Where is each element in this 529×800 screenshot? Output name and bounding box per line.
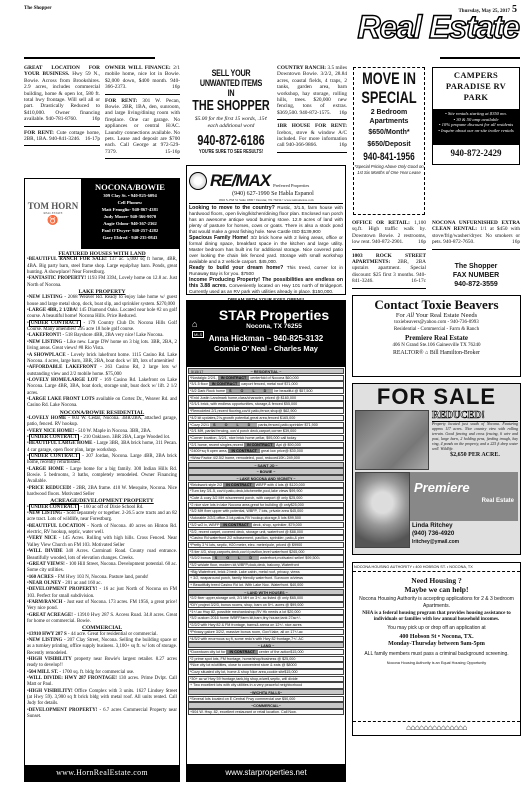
divider [24,57,155,59]
listing-row: *3/2 custom 2016 home WBFP,farm kit,barn… [188,615,344,621]
listing-row: *Turn key 3/1.5, cov'd patio,deck,kitche… [188,488,344,494]
toxie-types: Residential - Commercial - Farm & Ranch [353,327,520,334]
listing-row: *4/2 kit updates,2 lv,growth potential,g… [188,415,344,421]
row-text: Apt @ $90,000 [275,443,300,447]
movein-deposit: $650/Deposit [354,141,424,150]
tagline-pre: For [396,312,407,319]
listing-body: - 160 ac off of Dixie School Rd. [79,505,143,510]
property-price: $2,650 PER ACRE. [432,452,518,458]
sold-badge: S O L D [210,423,257,427]
nha-p5: Nocona Housing Authority is an Equal Hou… [353,661,520,665]
listing: •UNDER CONTRACT - 179 Country Club Dr. N… [27,321,177,334]
campers-paradise-ad: CAMPERS PARADISE RV PARK • Site rentals … [432,67,520,165]
property-description: Property located just south of Nocona. F… [432,422,518,451]
classified-code: 16p [418,239,426,245]
listing-row: +Big Waterfront, brick 2 bedr. Lake cabi… [188,569,344,575]
row-text: *2/2, recent carpet, covered deck, stora… [190,530,303,534]
nha-address: 400 Hobson St • Nocona, TX. [353,634,520,642]
listing: •DEVELOPMENT PROPERTY! - 6.7 acres Comme… [27,708,177,721]
row-text: *3 tier 4/3, shop,carports,deck,cov'd pa… [190,550,304,554]
listing-title: BEAUTIFUL RANCH FOR SALE! [29,257,107,262]
star-title: STAR Properties [187,301,345,323]
premiere-logo-sub: Real Estate [482,498,514,504]
star-name: STAR Properties [219,307,329,323]
classified-title: FOR RENT: [105,98,142,104]
listing-title: BEAUTIFUL LARGE HOME [29,441,93,446]
listing-row: *3/2 MH fixer upper with potential, WBFP… [188,508,344,514]
in-contract-badge: IN CONTRACT [218,376,249,380]
listing: •GREAT VIEWS! - 100 Hill Street, Nocona.… [27,562,177,575]
tom-horn-ad: TOM HORNREAL ESTATE♉ NOCONA/BOWIE 309 Cl… [24,178,180,782]
listing-row: *3/1.5 floor IN CONTRACT carport fenced,… [188,381,344,387]
agent-phone: Paul O'Dwyer- 940-257-4282 [81,227,179,234]
listing-row: *Pretty 3 ½ lots, septic, H20 meter, ele… [188,542,344,548]
mls-icon: MLS [192,331,204,338]
classifieds-column-3a: OFFICE OR RETAIL: 1,100 sq.ft. High traf… [352,220,426,292]
row-text: waterfront,motivated seller! $99,500↓ [259,556,321,560]
nha-title1: Need Housing ? [353,576,520,585]
row-text: *Turn key 3/1.5, cov'd patio,deck,kitche… [190,489,303,493]
campers-bullet: • Site rentals starting at $350 mo. [436,111,516,117]
divider [277,119,347,120]
listing-title: UNDER CONTRACT [29,504,80,511]
listing-body: - 201 ac and 160 ac. [61,581,102,586]
nha-p2: NHA is a federal housing program that pr… [353,611,520,623]
listing-row: +504 W. Hwy. 82, excellent restaurant or… [188,709,344,715]
listing-row: *2/1 home, recent singles,recent IN CONT… [188,442,344,448]
in-contract-badge: IN CONTRACT [220,523,251,527]
agent-email: lritchey@ymail.com [412,539,516,545]
remax-ad: RE/MAX Preferred Properties (940) 627-19… [186,165,346,295]
row-text: *3/2 MH fixer upper with potential, WBFP… [190,509,303,513]
publication-name: The Shopper [24,6,52,11]
listing: •PRICE REDUCED! - 2BR, 2BA frame. 410 W.… [27,486,177,499]
fax-line2: FAX NUMBER [432,271,520,280]
listing-row: *Nostalgic 2/2/1, IN CONTRACT centerfold… [188,375,344,381]
listing-title: NEW LISTING [29,340,63,345]
listing-row: *3/2 w/slate floor, modern kit,WBFP,dock… [188,562,344,568]
nha-hours: Monday-Thursday between 9am-5pm [353,641,520,649]
listing: •HIGH VISIBILITY property near Bowie's l… [27,657,177,670]
listing: •FANTASTIC PROPERTY! 1193 FM 3394, Lovel… [27,276,177,289]
tagline-post: Your Real Estate Needs [414,312,477,319]
nha-header: NOCONA HOUSING AUTHORITY • 400 HOBSON ST… [353,563,520,572]
tom-horn-contacts: NOCONA/BOWIE 309 Clay St. • 940-825-6094… [81,179,179,249]
sell-price: $5.00 for the first 15 words, .15¢ each … [190,116,272,130]
tom-horn-website-link[interactable]: www.HornRealEstate.com [25,765,179,781]
listing-row: *Cute & cozy 3/2 MH w/screened porch, wi… [188,495,344,501]
sold-badge: S O L D [212,556,259,560]
listing: •WILL DIVIDE 340 Acres. Carminati Road. … [27,549,177,562]
listing-row: + 3/2, wraparound porch, family friendly… [188,575,344,581]
classified-code: 16p [92,116,100,122]
listing-row: *Remodeled 2/1,recent flooring,cov'd pat… [188,408,344,414]
reduced-label: REDUCED! [432,410,518,422]
sell-phone: 940-872-6186 [191,132,270,149]
campers-bullets: • Site rentals starting at $350 mo.• 30 … [433,109,519,145]
campers-phone: 940-872-2429 [433,145,519,161]
classified-title: FOR RENT: [24,130,56,136]
row-text: *2 prime spot lots, FM frontage, home/sh… [190,657,295,661]
row-text: *3/2 w/slate floor, modern kit,WBFP,dock… [190,563,299,567]
listing-title: DEVELOPMENT PROPERTY! [29,708,98,713]
star-agent2: Connie O' Neal - Charles May [187,344,345,353]
listing-row: *2 nice size lots in lake Nocona area,gr… [188,502,344,508]
row-text: parks,fenced,patio,sprinkler $71,900 [257,423,317,427]
listing-row: *Several lots located on E Central Frwy … [188,696,344,702]
listing: •BEAUTIFUL RANCH FOR SALE! 137 ac. 5,000… [27,257,177,276]
classified-code: 16-17c [411,278,426,284]
row-text: deck, shop, sprinkler, $79,000 [252,523,302,527]
classified-code: 15-16p [165,149,180,155]
longhorn-icon: ♉ [28,215,79,226]
row-text: carport fenced, metal roof $71,000 [240,382,297,386]
star-properties-ad: ⌂ MLS STAR Properties Nocona, TX 76255 A… [186,300,346,782]
movein-note: *Special Pricing Above Only Good on 1st … [354,164,424,175]
agent-phone: Matt Fenoglio- 940-867-4381 [81,206,179,213]
listing: •NEW LISTING - Sold separately or togeth… [27,511,177,524]
movein-line3: 2 Bedroom Apartments [354,109,424,126]
listing: •LARGE HOME - Large home for a big famil… [27,467,177,486]
agent-phone: Gary Eldred - 940-235-0843 [81,234,179,241]
row-text: *3/2 w/2 lv, WBFP [190,523,220,527]
fax-number-ad: The Shopper FAX NUMBER 940-872-3559 [432,262,520,289]
listing: •GREAT ACREAGE! - 13910 Hwy 287 S. Acces… [27,613,177,626]
listing-title: LARGE HOME [29,467,64,472]
listing-title: BEAUTIFUL LOCATION [29,524,86,529]
nha-p4: ALL family members must pass a criminal … [353,651,520,658]
row-text: *2/1 home, recent singles,recent [190,443,244,447]
row-text: + Two excellent lots with city utilities… [190,683,302,687]
row-text: *3/1.5 floor [190,382,209,386]
row-text: *Cozy 2/2/1 [190,423,210,427]
section-heading: ~WICHITA FALLS~ [188,689,344,695]
divider [352,249,426,250]
listing-title: PRICE REDUCED! [29,486,72,491]
listing-title: LARGE LAKE FRONT LOTS [29,397,95,402]
cell-label: Cell Phones: [81,199,179,206]
listing-title: NEW LISTING [29,295,63,300]
move-in-special-ad: MOVE IN SPECIAL 2 Bedroom Apartments $65… [353,67,425,215]
listing-row: *Downtown city lot for IN CONTRACT cente… [188,649,344,655]
classified-code: 16p [512,239,520,245]
classified-title: 1BR HOUSE FOR RENT: [277,123,347,129]
listing-title: DEVELOPMENT PROPERTY! [29,587,98,592]
listing-title: VERY NICE [29,536,57,541]
sell-line2: UNWANTED ITEMS IN [198,78,264,98]
classified-ad: 1003 ROCK STREET APARTMENTS: 2BR, 2BA up… [352,253,426,285]
agent-phone: Angie Odom- 940-367-2362 [81,220,179,227]
listing-title: FANTASTIC PROPERTY! [29,276,86,281]
movein-rent: $650/Month* [354,129,424,138]
listing: •LARGE LAKE FRONT LOTS available on Cort… [27,397,177,410]
in-contract-badge: IN CONTRACT [209,382,240,386]
row-text: *Privacy galore 3/2/2, massive bonus roo… [190,630,303,634]
remax-listing: Spacious Family Home! 3/2 brick home wit… [189,235,343,265]
listing-row: *Cozy 2/2/1 S O L D parks,fenced,patio,s… [188,422,344,428]
divider [105,94,180,95]
row-text: *4/3/2 with enormous sq ft, some redo's … [190,637,304,641]
listing-row: *Corner location, 3/2/1, nice brick home… [188,435,344,441]
listing-title: UNDER CONTRACT [29,453,80,460]
row-text: *2 nice size lots in lake Nocona area,gr… [190,503,304,507]
listing-row: *Enid Justin Landmark home,class/charact… [188,395,344,401]
listing: •WILL DIVIDE: HWY 287 FRONTAGE! 130 acre… [27,676,177,689]
listing-title: UNDER CONTRACT [29,434,80,441]
row-text: + 3/2, wraparound porch, family friendly… [190,576,303,580]
listing-title: HIGH VISIBILITY [29,657,72,662]
star-website-link[interactable]: www.starproperties.net [187,764,345,781]
classified-title: OWNER WILL FINANCE: [105,65,173,71]
classifieds-column-1b: OWNER WILL FINANCE: 2/1 mobile home, nic… [105,65,180,162]
listing-title: WILL DIVIDE: HWY 287 FRONTAGE! [29,676,117,681]
listing: •VERY NICE - 145 Acres. Rolling with hig… [27,536,177,549]
row-text: be beautiful @ $57,500 [273,389,312,393]
row-text: *2400+sq ft open area, [190,449,228,453]
row-text: *Cozy situated city lot, home & shop Nic… [190,670,298,674]
nocona-housing-ad: NOCONA HOUSING AUTHORITY • 400 HOBSON ST… [352,562,521,736]
toxie-title: Contact Toxie Beavers [353,297,520,312]
classified-ad: OWNER WILL FINANCE: 2/1 mobile home, nic… [105,65,180,91]
agent-phone: Judy Moore- 940-366-9070 [81,213,179,220]
listing-row: *2400+sq ft open area, IN CONTRACT great… [188,448,344,454]
listing-row: *30+ ac w/ Hwy 59 frontage,tank,big shop… [188,676,344,682]
tom-horn-listings: FEATURED HOUSES WITH LAND•BEAUTIFUL RANC… [25,249,179,722]
fax-line1: The Shopper [432,262,520,271]
listing: •NEW LISTING - 207 Clay Street, Nocona. … [27,638,177,657]
row-text: *Casino Rd waterfront 2/2 w/basement, pa… [190,536,304,540]
in-contract-badge: IN CONTRACT [228,449,259,453]
classifieds-column-2: COUNTRY RANCH: 3.5 miles Downtown Bowie.… [277,65,347,156]
listing-row: *3/2/2 bonus S O L D waterfront,motivate… [188,555,344,561]
row-text: *4/2 kit updates,2 lv,growth potential,g… [190,416,295,420]
listing-body: - 510 W. Maple in Nocona. 3BR, 2BA. [74,429,151,434]
classified-body: Hwy 59 N., Bowie. Across from Brookshire… [24,71,100,122]
logo-text: TOM HORN [28,202,79,211]
balloon-icon [189,172,207,190]
toxie-broker: REALTOR® ⌂ Bill Hamilton-Broker [353,350,520,357]
remax-listing: Income Producing Property! The possibili… [189,277,343,295]
row-text: *Several lots located on E Central Frwy … [190,697,295,701]
row-text: WBFP with 4 lots @ $120,000 [255,483,305,487]
listing-row: *2/2, recent carpet, covered deck, stora… [188,529,344,535]
listing-title: LOVELY HOME [29,416,67,421]
row-text: +Big Waterfront, brick 2 bedr. Lake cabi… [190,570,300,574]
listing: •AFFORDABLE LAKEFRONT - 263 Casino Rd, 2… [27,365,177,378]
sell-line3: THE SHOPPER [191,98,270,114]
row-text: *Corner location, 3/2/1, nice brick home… [190,436,296,440]
listing: •LOVELY HOME/LARGE LOT - 169 Casino Rd. … [27,378,177,397]
listing-body: - 518 Bayshore 4BR, 2BA very nice! Lake … [61,333,163,338]
sold-badge: S O L D [226,389,273,393]
row-text: *3/2/2 bonus [190,556,212,560]
classified-body: Icebox, stove & window A/C included. For… [277,130,347,149]
divider [105,158,180,159]
row-text: *2/2/2 with Hwy 82 & FM frontage, barns&… [190,623,302,627]
office-name: NOCONA/BOWIE [81,182,179,192]
campers-title: CAMPERS PARADISE RV PARK [433,68,519,109]
listing: •HIGH VISIBILITY! Office Complex with 3 … [27,689,177,708]
classified-code: 16p [339,142,347,148]
listing-title: WILL DIVIDE [29,549,63,554]
classified-body: 3.5 miles Downtown Bowie. 3/2/2, 28.84 a… [277,65,347,116]
remax-listing: Ready to build your dream home? This tre… [189,265,343,277]
listing-title: HIGH VISIBILITY! [29,689,73,694]
section-heading: ~ LAND WITH HOUSES ~ [188,589,344,595]
listing-row: + Two excellent lots with city utilities… [188,682,344,688]
listing-body: - 44 acre. Great for residential or comm… [67,632,158,637]
listing-row: *4/3/2 with enormous sq ft, some redo's … [188,636,344,642]
listing-title: UNDER CONTRACT [29,320,81,327]
classified-ad: FOR RENT: 301 W. Pecan, Bowie. 2BR, 1BA,… [105,98,180,156]
listing-row: *1+/-ac Hwy 82, possible mechanicshop,RV… [188,609,344,615]
row-text: +Wow Factor 4/2.5/2 home, remodeled, poo… [190,456,300,460]
section-heading: ~ RESIDENTIAL ~5/15/17 [188,368,344,374]
in-contract-badge: IN CONTRACT [226,650,257,654]
nha-p3: You may pick up or drop off an applicati… [353,625,520,632]
listing-row: *Privacy galore 3/2/2, massive bonus roo… [188,629,344,635]
classified-body: 301 W. Pecan, Bowie. 2BR, 1BA, den, sunr… [105,98,180,155]
listing-row: *3/2 w/2 lv, WBFP IN CONTRACT deck, shop… [188,522,344,528]
row-text: *Brickwork style 2/2 [190,483,223,487]
listing-title: NEW LISTING [29,511,62,516]
listing-title: AFFORDABLE LAKEFRONT [29,365,97,370]
for-sale-title: FOR SALE [355,386,518,408]
listing-row: +Wow Factor 4/2.5/2 home, remodeled, poo… [188,455,344,461]
listing: •DEVELOPMENT PROPERTY! - 16 ac just Nort… [27,587,177,600]
classified-ad: FOR RENT: Cute cottage home, 2BR, 1BA. 9… [24,130,100,143]
row-text: *Nice city lot w/utilities, close to con… [190,663,297,667]
listing: •NEW LISTING - Like new. Large DW home o… [27,340,177,353]
listing: •LARGE 4BR, 2 1/2BA! 145 Diamond Oaks. L… [27,308,177,321]
divider [277,152,347,153]
listing-title: 160 ACRES [29,575,54,580]
toxie-company: Premiere Real Estate [353,334,520,343]
list-date: 5/15/17 [191,369,203,375]
listing-body: - FM Hwy 103 N, Nocona. Pasture land, po… [54,575,149,580]
sell-tagline: YOU'RE SURE TO SEE RESULTS! [198,149,264,155]
classified-ad: GREAT LOCATION FOR YOUR BUSINESS. Hwy 59… [24,65,100,123]
agent-phone: (940) 736-4920 [412,530,516,538]
agent-name: Linda Ritchey [412,522,516,530]
movein-phone: 940-841-1956 [355,151,423,163]
row-text: *30+ ac w/ Hwy 59 frontage,tank,big shop… [190,677,298,681]
listing-row: *3/2 Dark Rock home S O L D be beautiful… [188,388,344,394]
toxie-beavers-ad: Contact Toxie Beavers For All Your Real … [352,295,521,377]
row-text: *2/1/1 brick, with endless opportunities… [190,402,297,406]
row-text: *Adorable 2/2/2,office-3 lot,patios,RV h… [190,516,301,520]
row-text: *Pretty 3 ½ lots, septic, H20 meter, ele… [190,543,302,547]
listing-row: *Adorable 2/2/2,office-3 lot,patios,RV h… [188,515,344,521]
in-contract-badge: IN CONTRACT [223,483,254,487]
tagline-em: All [407,312,415,319]
remax-listing: Looking to move to the country? Rustic, … [189,205,343,235]
section-heading: ~ SAINT JO ~ [188,462,344,468]
classified-code: 16p [339,110,347,116]
row-text: *DIY project 3/2/3, bonus rooms, shop, b… [190,603,303,607]
row-text: *3/2 custom 2016 home WBFP,farm kit,barn… [190,616,301,620]
row-text: great low price@ $30,000 [260,449,303,453]
remax-subtitle: Preferred Properties [273,183,309,188]
star-listings: ~ RESIDENTIAL ~5/15/17*Nostalgic 2/2/1, … [187,367,345,717]
row-text: *Cute & cozy 3/2 MH w/screened porch, wi… [190,496,302,500]
movein-line2: SPECIAL [355,90,423,106]
listing-row: *2/1/1 brick, with endless opportunities… [188,401,344,407]
listing-title: A SHOWPLACE [29,353,66,358]
divider [352,288,426,289]
star-location: Nocona, TX 76255 [187,323,345,331]
listing: •NEW LISTING - 2068 Weaver Rd. Ready to … [27,295,177,308]
listing-title: LARGE 4BR, 2 1/2BA! [29,308,78,313]
premiere-logo: Premiere [414,480,470,495]
section-heading: ~ LAND ~ [188,642,344,648]
classified-ad: 1BR HOUSE FOR RENT: Icebox, stove & wind… [277,123,347,149]
listing-row: *Nice city lot w/utilities, close to con… [188,662,344,668]
row-text: *3/2 Dark Rock home [190,389,226,393]
divider [24,126,100,127]
listing-title: LAKEFRONT! [29,333,62,338]
equal-housing-icon: ⌂ [192,319,197,329]
row-text: *Remodeled 2/1,recent flooring,cov'd pat… [190,409,297,413]
divider [440,57,520,59]
nha-title2: Maybe we can help! [353,585,520,594]
aerial-property-photo [355,410,429,470]
listing: •LOVELY HOME - 603 W. Cedar, Nocona. 3BR… [27,416,177,429]
listing-row: *2/1 MH, partial fencing, cov'd porch de… [188,428,344,434]
listing: •A SHOWPLACE - Lovely brick lakefront ho… [27,353,177,366]
row-text: +504 W. Hwy. 82, excellent restaurant or… [190,710,297,714]
section-heading: ~ BOWIE ~ [188,468,344,474]
listing-title: NEW LISTING [29,638,63,643]
row-text: *Nostalgic 2/2/1, [190,376,218,380]
classified-code: 16-17p [85,136,100,142]
nha-p1: Nocona Housing Authority is accepting ap… [353,596,520,609]
classified-code: 16p [172,84,180,90]
sell-ad: SELL YOUR UNWANTED ITEMS IN THE SHOPPER … [190,68,272,155]
classified-title: COUNTRY RANCH: [277,65,327,71]
remax-logo: RE/MAX [210,172,270,190]
classifieds-column-3b: NOCONA UNFURNISHED EXTRA CLEAN RENTAL: 1… [432,220,520,253]
equal-housing-icon-row: ⌂⌂⌂⌂⌂⌂⌂⌂⌂⌂⌂⌂⌂⌂ [353,721,520,735]
listing-row: *3 tier 4/3, shop,carports,deck,cov'd pa… [188,549,344,555]
office-address: 309 Clay St. • 940-825-6094 [81,192,179,199]
divider [24,145,100,146]
classified-ad: NOCONA UNFURNISHED EXTRA CLEAN RENTAL: 1… [432,220,520,246]
row-text: *Downtown city lot for [190,650,226,654]
listing-body: - 210 Oaklawn. 3BR 2BA, Large Wooded lot… [79,435,170,440]
sell-line1: SELL YOUR [198,68,264,78]
for-sale-ad: FOR SALE REDUCED! Property located just … [352,383,521,555]
listing-title: NEAR OLNEY [29,581,61,586]
listing-row: *Casino Rd waterfront 2/2 w/basement, pa… [188,535,344,541]
listing-title: FARM/RANCH [29,600,63,605]
row-text: centerfold of Nocona $60,000 [249,376,298,380]
in-contract-badge: IN CONTRACT [244,443,275,447]
listing-title: 504 MILL ST. [29,670,58,675]
listing-row: *Brickwork style 2/2 IN CONTRACT WBFP wi… [188,482,344,488]
listing-title: GREAT ACREAGE! [29,613,73,618]
campers-bullet: • Inquire about our on-site trailer rent… [436,128,516,134]
remax-phone: (940) 627-1990 Se Habla Espanol [203,190,343,198]
classified-ad: OFFICE OR RETAIL: 1,100 sq.ft. High traf… [352,220,426,246]
listing-title: LOVELY HOME/LARGE LOT [29,378,98,383]
listing: •UNDER CONTRACT - 207 Jordan, Nocona. La… [27,454,177,467]
listing: •BEAUTIFUL LOCATION - North of Nocona. 4… [27,524,177,537]
row-text: center of the action$15,000 [258,650,304,654]
listing-row: *Cozy situated city lot, home & shop Nic… [188,669,344,675]
row-text: *2/2 fixer upper,storage unit, 2/1 MH on… [190,596,303,600]
row-text: *1+/-ac Hwy 82, possible mechanicshop,RV… [190,610,301,614]
